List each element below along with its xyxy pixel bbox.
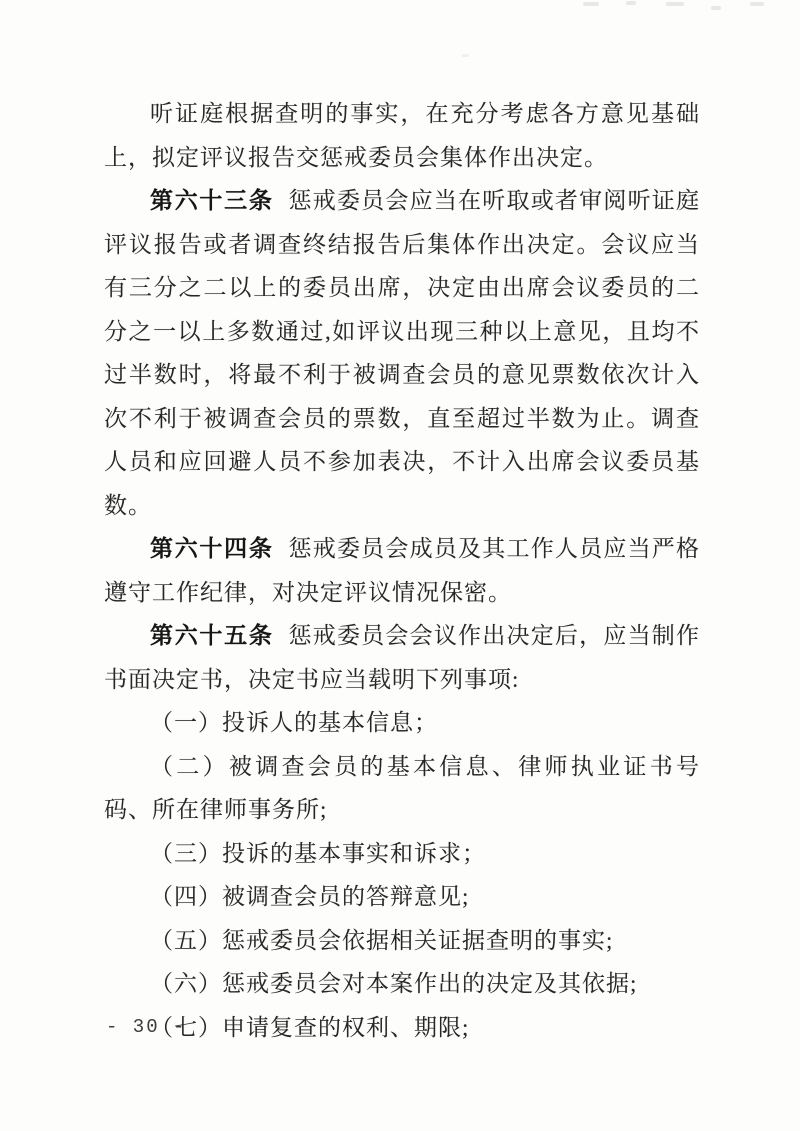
article-paragraph: 第六十三条惩戒委员会应当在听取或者审阅听证庭评议报告或者调查终结报告后集体作出决… (104, 179, 700, 527)
scan-artifact (583, 2, 599, 6)
scan-artifact (626, 1, 636, 5)
list-item: （六）惩戒委员会对本案作出的决定及其依据; (104, 962, 700, 1006)
article-text: 惩戒委员会应当在听取或者审阅听证庭评议报告或者调查终结报告后集体作出决定。会议应… (104, 188, 700, 518)
article-number: 第六十五条 (150, 622, 274, 648)
scan-artifact (462, 54, 469, 57)
list-item: （四）被调查会员的答辩意见; (104, 875, 700, 919)
list-item: （二）被调查会员的基本信息、律师执业证书号码、所在律师事务所; (104, 745, 700, 832)
list-item: （五）惩戒委员会依据相关证据查明的事实; (104, 919, 700, 963)
article-paragraph: 第六十五条惩戒委员会会议作出决定后，应当制作书面决定书，决定书应当载明下列事项: (104, 614, 700, 701)
document-page: 听证庭根据查明的事实，在充分考虑各方意见基础上，拟定评议报告交惩戒委员会集体作出… (0, 0, 800, 1131)
article-number: 第六十四条 (150, 535, 274, 561)
article-number: 第六十三条 (150, 187, 274, 213)
scan-artifact (750, 2, 764, 6)
list-item: （七）申请复查的权利、期限; (104, 1006, 700, 1050)
list-item: （三）投诉的基本事实和诉求； (104, 832, 700, 876)
document-body: 听证庭根据查明的事实，在充分考虑各方意见基础上，拟定评议报告交惩戒委员会集体作出… (104, 92, 700, 1049)
scan-artifact (666, 2, 684, 6)
body-paragraph: 听证庭根据查明的事实，在充分考虑各方意见基础上，拟定评议报告交惩戒委员会集体作出… (104, 92, 700, 179)
article-paragraph: 第六十四条惩戒委员会成员及其工作人员应当严格遵守工作纪律，对决定评议情况保密。 (104, 527, 700, 614)
scan-artifact (711, 6, 721, 10)
list-item: （一）投诉人的基本信息； (104, 701, 700, 745)
page-number: - 30 - (106, 1016, 186, 1038)
